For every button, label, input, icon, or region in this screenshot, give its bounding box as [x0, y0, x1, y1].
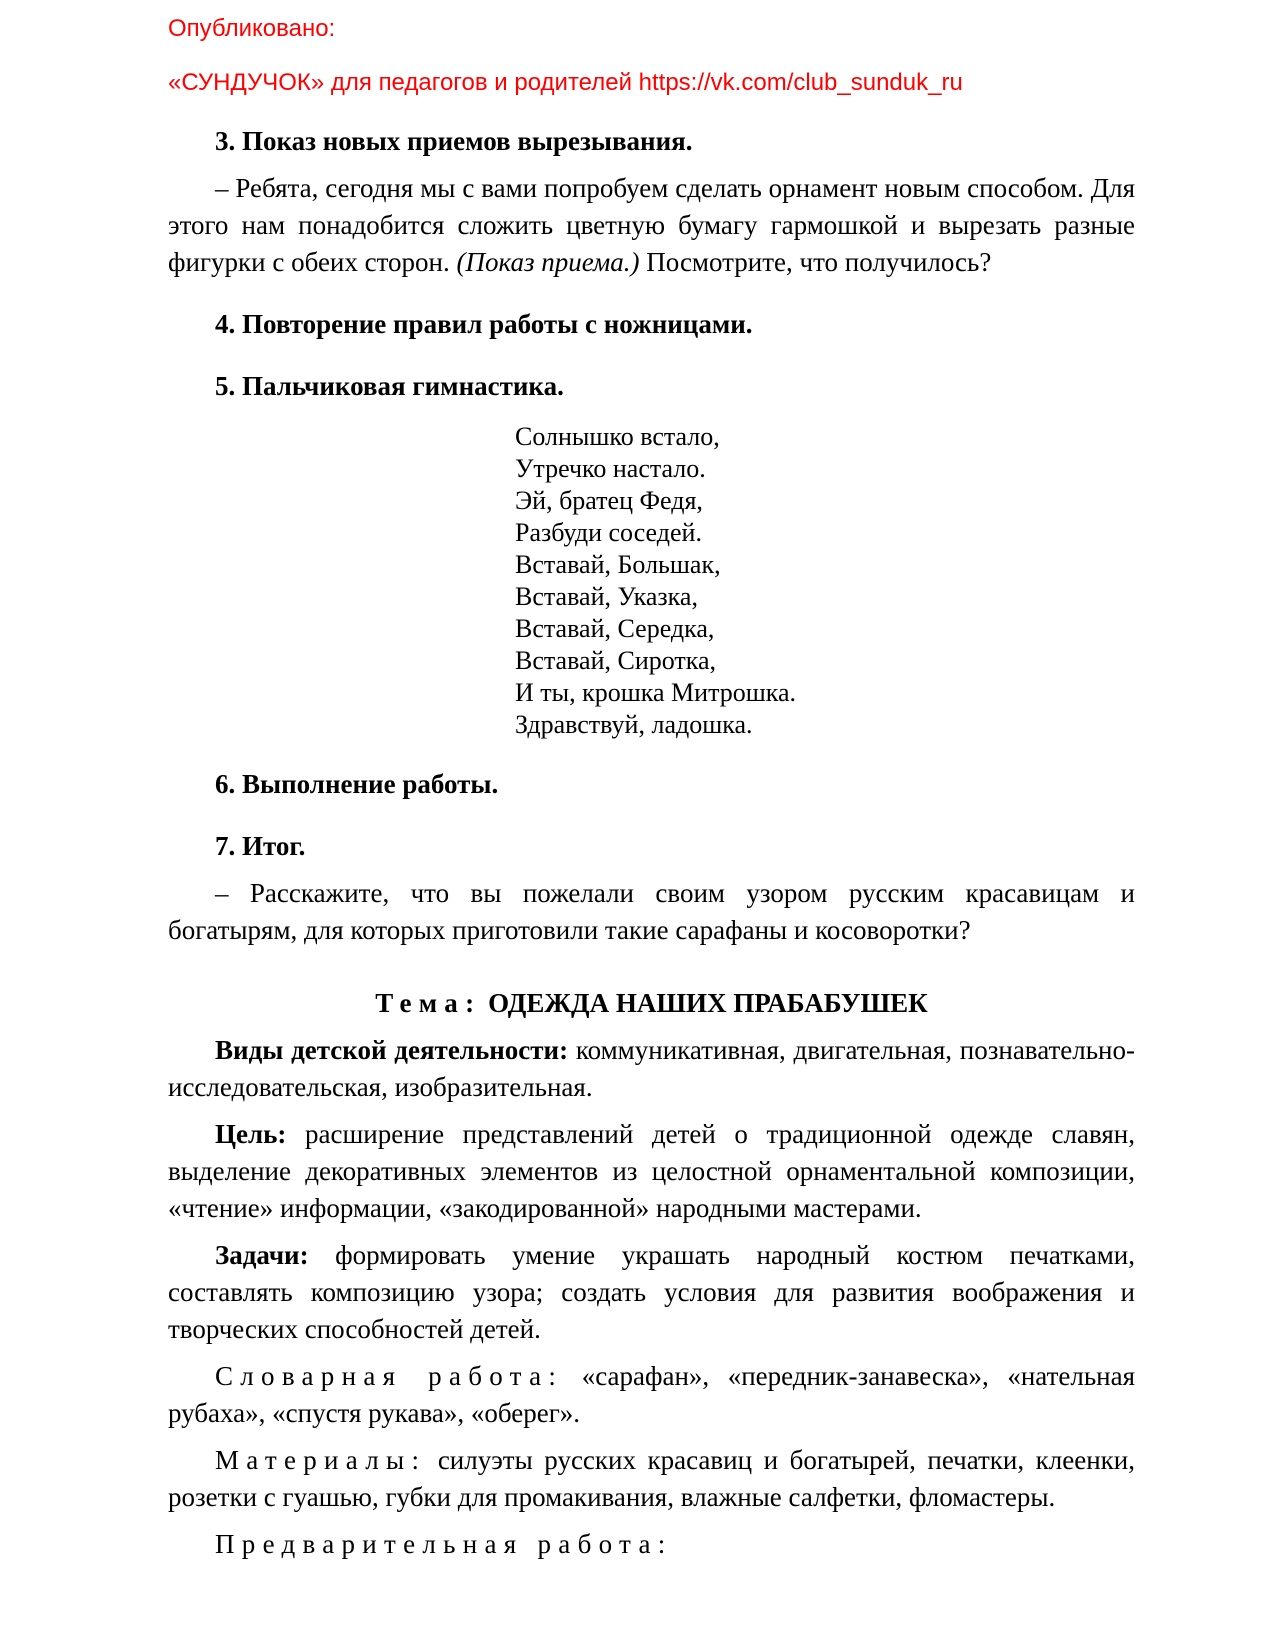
paragraph: Материалы: силуэты русских красавиц и бо… [168, 1442, 1135, 1516]
poem-line: Вставай, Большак, [515, 549, 1135, 581]
paragraph: Словарная работа: «сарафан», «передник-з… [168, 1358, 1135, 1432]
heading: 6. Выполнение работы. [168, 766, 1135, 803]
heading: 5. Пальчиковая гимнастика. [168, 368, 1135, 405]
poem-line: Вставай, Середка, [515, 613, 1135, 645]
poem-line: Здравствуй, ладошка. [515, 709, 1135, 741]
poem-line: Вставай, Указка, [515, 581, 1135, 613]
text-run: 4. Повторение правил работы с ножницами. [215, 309, 753, 339]
text-run: 7. Итог. [215, 831, 305, 861]
paragraph: Виды детской деятельности: коммуникативн… [168, 1032, 1135, 1106]
paragraph: Предварительная работа: [168, 1526, 1135, 1563]
poem-line: Вставай, Сиротка, [515, 645, 1135, 677]
poem: Солнышко встало,Утречко настало.Эй, брат… [515, 421, 1135, 741]
heading: 4. Повторение правил работы с ножницами. [168, 306, 1135, 343]
published-label: Опубликовано: [168, 14, 1135, 44]
paragraph: Цель: расширение представлений детей о т… [168, 1116, 1135, 1227]
source-line: «СУНДУЧОК» для педагогов и родителей htt… [168, 68, 1135, 98]
text-run: ОДЕЖДА НАШИХ ПРАБАБУШЕК [481, 988, 927, 1018]
text-run: Материалы: [215, 1445, 426, 1475]
paragraph: – Расскажите, что вы пожелали своим узор… [168, 875, 1135, 949]
poem-line: И ты, крошка Митрошка. [515, 677, 1135, 709]
text-run: Цель: [215, 1119, 286, 1149]
text-run: Посмотрите, что получилось? [640, 247, 992, 277]
poem-line: Утречко настало. [515, 453, 1135, 485]
text-run: расширение представлений детей о традици… [168, 1119, 1135, 1223]
text-run: Тема: [375, 988, 481, 1018]
document-blocks: 3. Показ новых приемов вырезывания.– Реб… [168, 123, 1135, 1563]
text-run: 5. Пальчиковая гимнастика. [215, 371, 564, 401]
poem-line: Разбуди соседей. [515, 517, 1135, 549]
text-run: Виды детской деятельности: [215, 1035, 568, 1065]
center-heading: Тема: ОДЕЖДА НАШИХ ПРАБАБУШЕК [168, 985, 1135, 1022]
text-run: Предварительная работа: [215, 1529, 673, 1559]
text-run: Задачи: [215, 1240, 309, 1270]
text-run: Словарная работа: [215, 1361, 563, 1391]
text-run: формировать умение украшать народный кос… [168, 1240, 1135, 1344]
document-page: Опубликовано: «СУНДУЧОК» для педагогов и… [0, 0, 1275, 1650]
text-run: 6. Выполнение работы. [215, 769, 498, 799]
paragraph: – Ребята, сегодня мы с вами попробуем сд… [168, 170, 1135, 281]
text-run: 3. Показ новых приемов вырезывания. [215, 126, 693, 156]
heading: 7. Итог. [168, 828, 1135, 865]
paragraph: Задачи: формировать умение украшать наро… [168, 1237, 1135, 1348]
poem-line: Солнышко встало, [515, 421, 1135, 453]
poem-line: Эй, братец Федя, [515, 485, 1135, 517]
published-header: Опубликовано: «СУНДУЧОК» для педагогов и… [168, 14, 1135, 98]
text-run: – Расскажите, что вы пожелали своим узор… [168, 878, 1135, 945]
text-run: (Показ приема.) [457, 247, 640, 277]
heading: 3. Показ новых приемов вырезывания. [168, 123, 1135, 160]
